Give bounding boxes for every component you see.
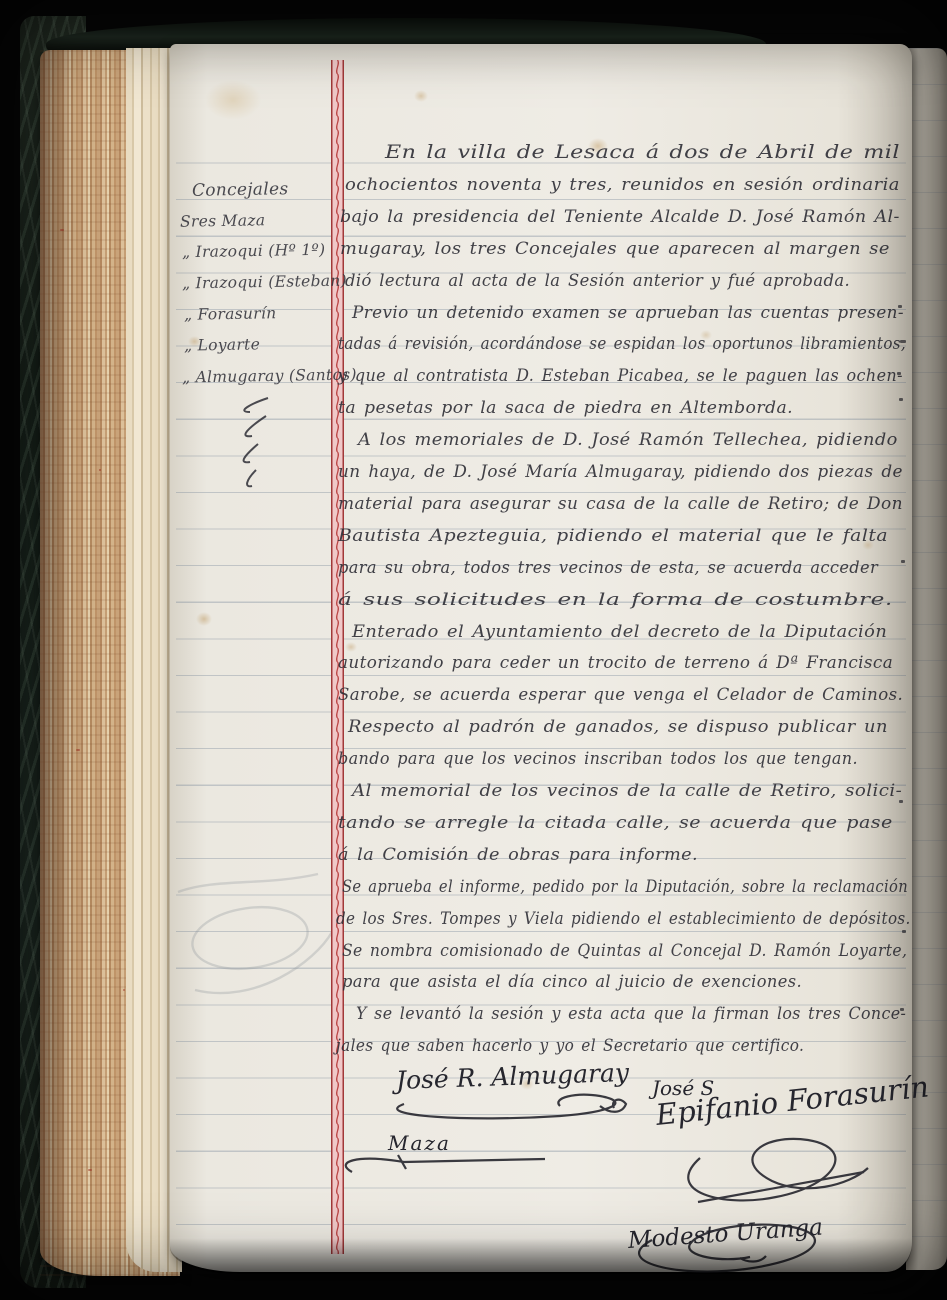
- manuscript-line: y que al contratista D. Esteban Picabea,…: [338, 366, 903, 385]
- manuscript-line: tadas á revisión, acordándose se espidan…: [338, 334, 906, 353]
- margin-heading: Concejales: [192, 179, 289, 201]
- margin-item: „ Loyarte: [184, 335, 260, 354]
- manuscript-line: Se aprueba el informe, pedido por la Dip…: [342, 877, 908, 896]
- manuscript-line: á la Comisión de obras para informe.: [338, 845, 698, 864]
- manuscript-line: para que asista el día cinco al juicio d…: [342, 972, 802, 991]
- manuscript-line: En la villa de Lesaca á dos de Abril de …: [385, 141, 900, 163]
- margin-item: „ Irazoqui (Esteban): [182, 272, 347, 293]
- signature-maza: Maza: [388, 1131, 451, 1155]
- manuscript-line: Previo un detenido examen se aprueban la…: [352, 303, 904, 322]
- ink-bleed-dot: [902, 930, 906, 933]
- ink-bleed-dot: [901, 560, 905, 563]
- margin-item: „ Almugaray (Santos): [182, 365, 357, 386]
- manuscript-line: autorizando para ceder un trocito de ter…: [338, 653, 893, 672]
- ink-bleed-dot: [899, 398, 903, 401]
- manuscript-line: material para asegurar su casa de la cal…: [338, 494, 903, 513]
- manuscript-line: á sus solicitudes en la forma de costumb…: [338, 590, 893, 609]
- margin-item: „ Forasurín: [184, 304, 277, 324]
- margin-item: Sres Maza: [180, 211, 266, 230]
- manuscript-line: Al memorial de los vecinos de la calle d…: [352, 781, 902, 800]
- manuscript-line: bando para que los vecinos inscriban tod…: [338, 749, 858, 768]
- manuscript-line: Bautista Apezteguia, pidiendo el materia…: [338, 526, 888, 545]
- manuscript-line: Y se levantó la sesión y esta acta que l…: [356, 1004, 906, 1023]
- manuscript-line: A los memoriales de D. José Ramón Tellec…: [358, 430, 898, 449]
- manuscript-line: dió lectura al acta de la Sesión anterio…: [345, 271, 850, 290]
- manuscript-line: para su obra, todos tres vecinos de esta…: [338, 558, 878, 577]
- manuscript-line: mugaray, los tres Concejales que aparece…: [340, 239, 890, 258]
- ink-bleed-dot: [899, 800, 903, 803]
- manuscript-line: ochocientos noventa y tres, reunidos en …: [345, 175, 900, 194]
- manuscript-line: jales que saben hacerlo y yo el Secretar…: [336, 1036, 804, 1055]
- manuscript-line: Se nombra comisionado de Quintas al Conc…: [342, 941, 907, 960]
- manuscript-line: un haya, de D. José María Almugaray, pid…: [338, 462, 903, 481]
- manuscript-line: Respecto al padrón de ganados, se dispus…: [348, 717, 888, 736]
- photo-frame: Concejales Sres Maza „ Irazoqui (Hº 1º) …: [0, 0, 947, 1300]
- manuscript-line: Sarobe, se acuerda esperar que venga el …: [338, 685, 903, 704]
- manuscript-line: bajo la presidencia del Teniente Alcalde…: [340, 207, 900, 226]
- margin-item: „ Irazoqui (Hº 1º): [182, 241, 326, 262]
- manuscript-line: ta pesetas por la saca de piedra en Alte…: [338, 398, 793, 417]
- manuscript-line: tando se arregle la citada calle, se acu…: [338, 813, 893, 832]
- manuscript-line: de los Sres. Tompes y Viela pidiendo el …: [336, 909, 911, 928]
- manuscript-line: Enterado el Ayuntamiento del decreto de …: [352, 622, 887, 641]
